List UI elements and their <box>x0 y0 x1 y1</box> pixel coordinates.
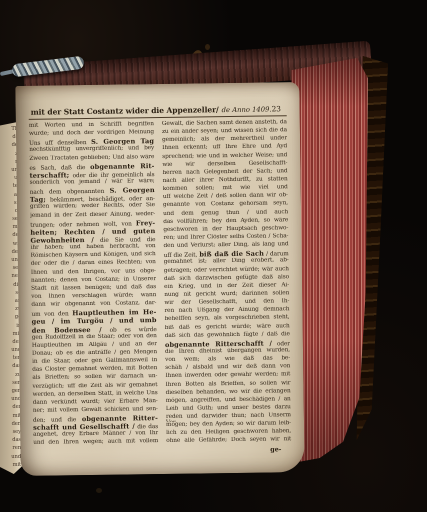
background-speck <box>96 488 102 493</box>
text-columns: mit Worten und in Schrifft begriffenwurd… <box>29 119 292 457</box>
edge-fragment: mit <box>0 462 21 470</box>
edge-fragment: und <box>0 396 21 404</box>
edge-fragment: den <box>0 421 21 429</box>
text-line: und den Ihren wegen; auch mit vollem <box>33 439 158 449</box>
column-right: Gewalt, die Sachen samt denen ansteth, d… <box>162 119 292 455</box>
edge-fragment: und <box>0 454 21 462</box>
column-left: mit Worten und in Schrifft begriffenwurd… <box>29 121 159 457</box>
edge-fragment: das <box>0 437 21 445</box>
header-date: de Anno 1409. <box>222 105 272 114</box>
page-content: mit der Statt Costantz wider die Appenze… <box>29 104 292 457</box>
background-speck <box>205 44 210 50</box>
edge-fragment: gen <box>0 388 21 396</box>
book-photo: Thederdenzuritundufftenalssieobsenmitder… <box>0 0 427 512</box>
page-number: 23 <box>271 104 297 113</box>
edge-fragment: zu <box>0 372 21 380</box>
running-header: mit der Statt Costantz wider die Appenze… <box>29 104 287 120</box>
page: mit der Statt Costantz wider die Appenze… <box>15 82 304 476</box>
edge-fragment: das <box>0 363 21 371</box>
edge-fragment: sey <box>0 429 21 437</box>
edge-fragment: sen <box>0 380 21 388</box>
edge-fragment: ren <box>0 445 21 453</box>
edge-fragment: der <box>0 404 21 412</box>
edge-fragment: ten <box>0 355 21 363</box>
header-title: mit der Statt Costantz wider die Appenze… <box>31 105 219 117</box>
edge-fragment: mit <box>0 413 21 421</box>
edge-fragment: und <box>0 347 21 355</box>
catchword: ge- <box>166 445 291 456</box>
